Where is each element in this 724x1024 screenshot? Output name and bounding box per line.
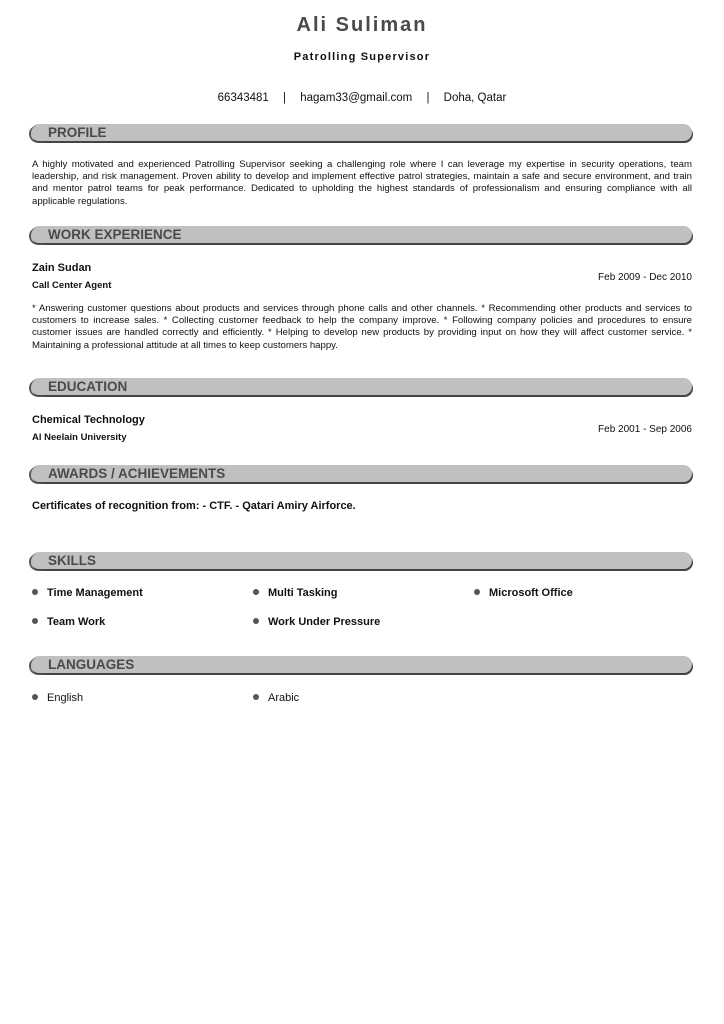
section-header-work-experience: WORK EXPERIENCE (31, 226, 692, 243)
section-title: EDUCATION (48, 378, 127, 395)
section-title: WORK EXPERIENCE (48, 226, 182, 243)
education-dates: Feb 2001 - Sep 2006 (598, 424, 692, 435)
phone-number: 66343481 (218, 92, 269, 104)
skill-item: Time Management (32, 587, 143, 599)
bullet-icon (474, 589, 480, 595)
bullet-icon (32, 589, 38, 595)
location: Doha, Qatar (444, 92, 507, 104)
work-description: * Answering customer questions about pro… (32, 303, 692, 352)
language-item: English (32, 692, 83, 704)
section-header-profile: PROFILE (31, 124, 692, 141)
skill-item: Work Under Pressure (253, 616, 380, 628)
work-position: Call Center Agent (32, 280, 111, 291)
bullet-icon (253, 694, 259, 700)
section-title: AWARDS / ACHIEVEMENTS (48, 465, 225, 482)
education-degree: Chemical Technology (32, 414, 145, 426)
work-dates: Feb 2009 - Dec 2010 (598, 272, 692, 283)
language-item: Arabic (253, 692, 299, 704)
bullet-icon (32, 694, 38, 700)
candidate-name: Ali Suliman (0, 14, 724, 37)
bullet-icon (32, 618, 38, 624)
section-title: SKILLS (48, 552, 96, 569)
section-header-awards: AWARDS / ACHIEVEMENTS (31, 465, 692, 482)
work-company: Zain Sudan (32, 262, 91, 274)
candidate-role: Patrolling Supervisor (0, 51, 724, 63)
section-header-education: EDUCATION (31, 378, 692, 395)
bullet-icon (253, 589, 259, 595)
contact-line: 66343481 | hagam33@gmail.com | Doha, Qat… (0, 92, 724, 104)
skill-item: Microsoft Office (474, 587, 573, 599)
section-title: LANGUAGES (48, 656, 134, 673)
bullet-icon (253, 618, 259, 624)
section-header-skills: SKILLS (31, 552, 692, 569)
section-title: PROFILE (48, 124, 107, 141)
email-address: hagam33@gmail.com (300, 92, 412, 104)
education-institution: Al Neelain University (32, 432, 127, 443)
separator: | (426, 92, 429, 104)
awards-text: Certificates of recognition from: - CTF.… (32, 500, 356, 512)
skill-item: Team Work (32, 616, 105, 628)
section-header-languages: LANGUAGES (31, 656, 692, 673)
skill-item: Multi Tasking (253, 587, 337, 599)
separator: | (283, 92, 286, 104)
profile-summary: A highly motivated and experienced Patro… (32, 159, 692, 208)
